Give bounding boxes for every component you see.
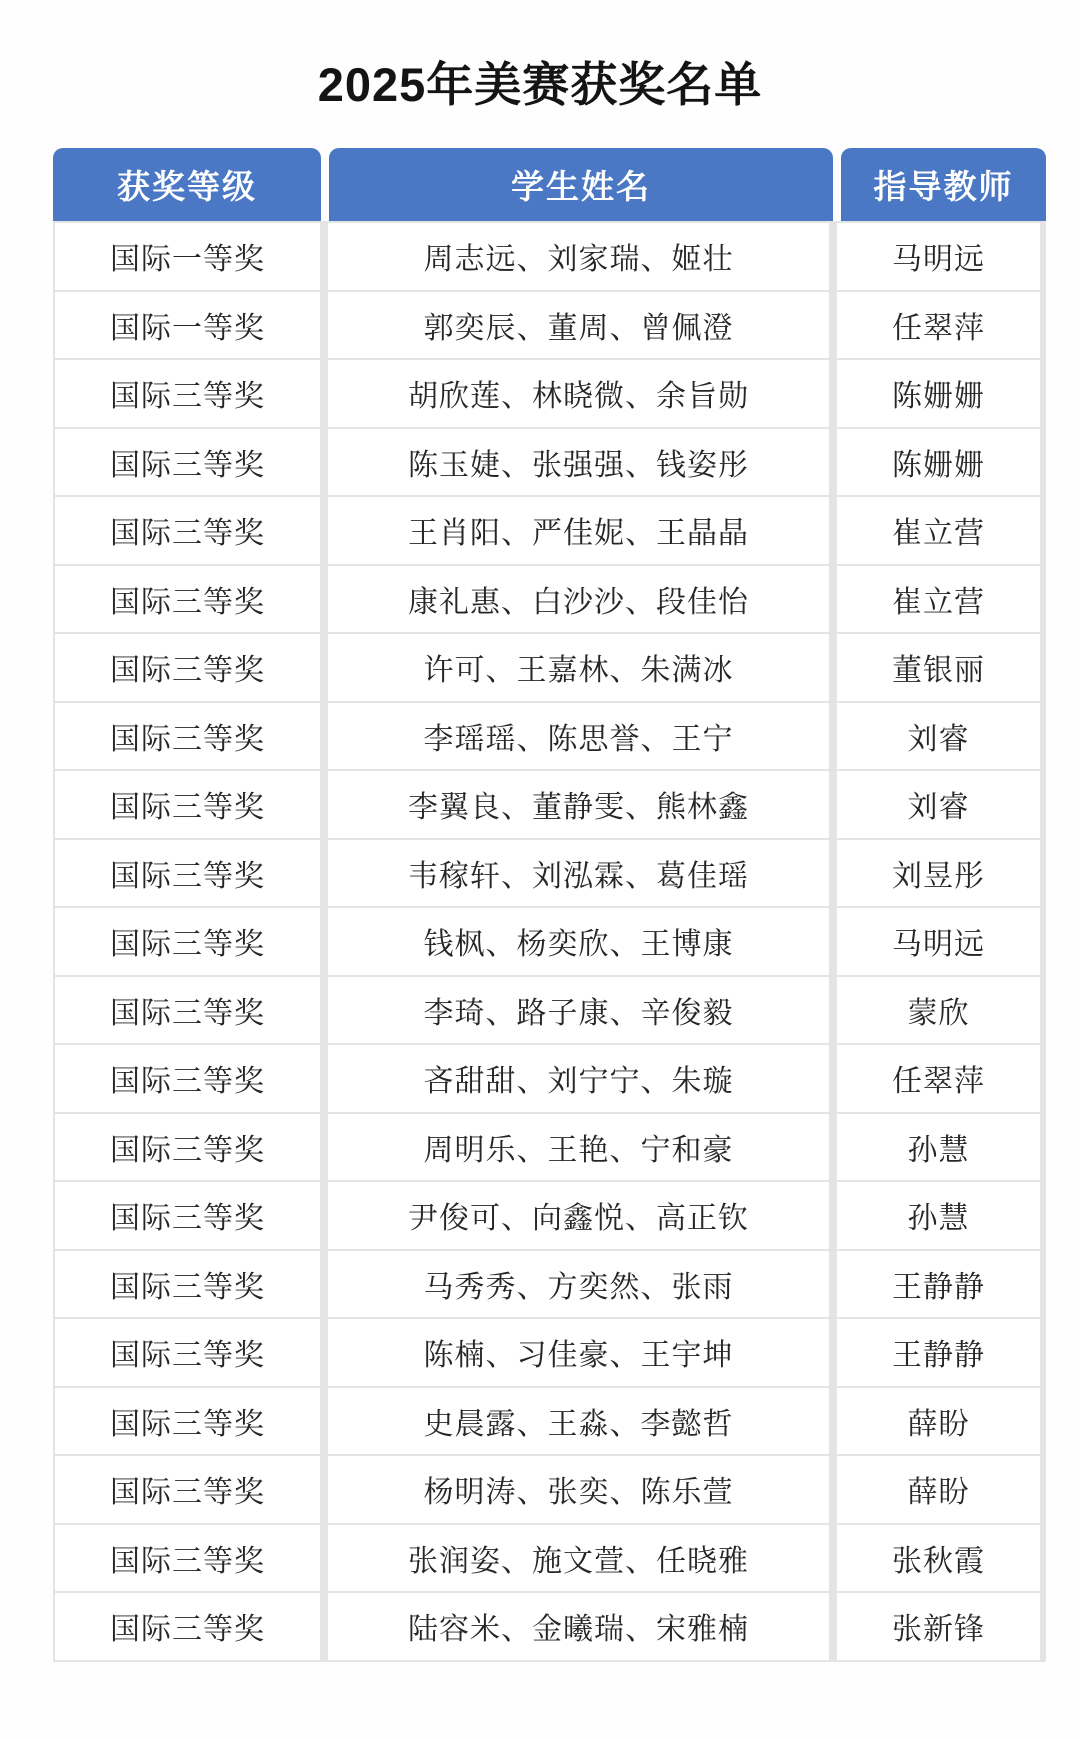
table-row: 国际三等奖史晨露、王淼、李懿哲薛盼 bbox=[55, 1388, 1044, 1455]
student-names-cell: 王肖阳、严佳妮、王晶晶 bbox=[328, 497, 829, 564]
advisor-cell: 崔立营 bbox=[837, 497, 1040, 564]
table-row: 国际三等奖陆容米、金曦瑞、宋雅楠张新锋 bbox=[55, 1593, 1044, 1660]
student-names-cell: 陈玉婕、张强强、钱姿彤 bbox=[328, 429, 829, 496]
table-row: 国际三等奖李瑶瑶、陈思誉、王宁刘睿 bbox=[55, 703, 1044, 770]
award-level-cell: 国际三等奖 bbox=[55, 497, 320, 564]
advisor-cell: 王静静 bbox=[837, 1251, 1040, 1318]
table-header-row: 获奖等级 学生姓名 指导教师 bbox=[53, 148, 1046, 221]
student-names-cell: 郭奕辰、董周、曾佩澄 bbox=[328, 292, 829, 359]
student-names-cell: 吝甜甜、刘宁宁、朱璇 bbox=[328, 1045, 829, 1112]
advisor-cell: 马明远 bbox=[837, 908, 1040, 975]
advisor-cell: 陈姗姗 bbox=[837, 360, 1040, 427]
award-level-cell: 国际三等奖 bbox=[55, 429, 320, 496]
table-body: 国际一等奖周志远、刘家瑞、姬壮马明远国际一等奖郭奕辰、董周、曾佩澄任翠萍国际三等… bbox=[53, 221, 1046, 1662]
advisor-cell: 任翠萍 bbox=[837, 1045, 1040, 1112]
student-names-cell: 李琦、路子康、辛俊毅 bbox=[328, 977, 829, 1044]
advisor-cell: 陈姗姗 bbox=[837, 429, 1040, 496]
student-names-cell: 周明乐、王艳、宁和豪 bbox=[328, 1114, 829, 1181]
table-row: 国际一等奖周志远、刘家瑞、姬壮马明远 bbox=[55, 223, 1044, 290]
advisor-cell: 张秋霞 bbox=[837, 1525, 1040, 1592]
student-names-cell: 陈楠、习佳豪、王宇坤 bbox=[328, 1319, 829, 1386]
student-names-cell: 史晨露、王淼、李懿哲 bbox=[328, 1388, 829, 1455]
table-row: 国际三等奖吝甜甜、刘宁宁、朱璇任翠萍 bbox=[55, 1045, 1044, 1112]
award-level-cell: 国际三等奖 bbox=[55, 360, 320, 427]
student-names-cell: 马秀秀、方奕然、张雨 bbox=[328, 1251, 829, 1318]
award-level-cell: 国际三等奖 bbox=[55, 1182, 320, 1249]
advisor-cell: 刘昱彤 bbox=[837, 840, 1040, 907]
table-row: 国际三等奖张润姿、施文萱、任晓雅张秋霞 bbox=[55, 1525, 1044, 1592]
award-level-cell: 国际三等奖 bbox=[55, 703, 320, 770]
student-names-cell: 陆容米、金曦瑞、宋雅楠 bbox=[328, 1593, 829, 1660]
award-level-cell: 国际三等奖 bbox=[55, 1045, 320, 1112]
student-names-cell: 胡欣莲、林晓微、余旨勋 bbox=[328, 360, 829, 427]
student-names-cell: 尹俊可、向鑫悦、高正钦 bbox=[328, 1182, 829, 1249]
student-names-cell: 许可、王嘉林、朱满冰 bbox=[328, 634, 829, 701]
column-header-advisor: 指导教师 bbox=[841, 148, 1046, 221]
award-level-cell: 国际三等奖 bbox=[55, 1319, 320, 1386]
advisor-cell: 孙慧 bbox=[837, 1114, 1040, 1181]
student-names-cell: 杨明涛、张奕、陈乐萱 bbox=[328, 1456, 829, 1523]
advisor-cell: 刘睿 bbox=[837, 703, 1040, 770]
advisor-cell: 蒙欣 bbox=[837, 977, 1040, 1044]
student-names-cell: 张润姿、施文萱、任晓雅 bbox=[328, 1525, 829, 1592]
advisor-cell: 董银丽 bbox=[837, 634, 1040, 701]
table-row: 国际三等奖陈玉婕、张强强、钱姿彤陈姗姗 bbox=[55, 429, 1044, 496]
advisor-cell: 薛盼 bbox=[837, 1456, 1040, 1523]
award-level-cell: 国际三等奖 bbox=[55, 840, 320, 907]
table-row: 国际三等奖韦稼轩、刘泓霖、葛佳瑶刘昱彤 bbox=[55, 840, 1044, 907]
page-title: 2025年美赛获奖名单 bbox=[0, 0, 1080, 112]
column-header-award-level: 获奖等级 bbox=[53, 148, 321, 221]
advisor-cell: 孙慧 bbox=[837, 1182, 1040, 1249]
student-names-cell: 钱枫、杨奕欣、王博康 bbox=[328, 908, 829, 975]
table-row: 国际三等奖李翼良、董静雯、熊林鑫刘睿 bbox=[55, 771, 1044, 838]
award-level-cell: 国际三等奖 bbox=[55, 1456, 320, 1523]
advisor-cell: 张新锋 bbox=[837, 1593, 1040, 1660]
table-row: 国际三等奖康礼惠、白沙沙、段佳怡崔立营 bbox=[55, 566, 1044, 633]
award-level-cell: 国际三等奖 bbox=[55, 908, 320, 975]
award-level-cell: 国际三等奖 bbox=[55, 566, 320, 633]
table-row: 国际三等奖周明乐、王艳、宁和豪孙慧 bbox=[55, 1114, 1044, 1181]
advisor-cell: 王静静 bbox=[837, 1319, 1040, 1386]
table-row: 国际三等奖王肖阳、严佳妮、王晶晶崔立营 bbox=[55, 497, 1044, 564]
table-row: 国际三等奖李琦、路子康、辛俊毅蒙欣 bbox=[55, 977, 1044, 1044]
table-row: 国际三等奖马秀秀、方奕然、张雨王静静 bbox=[55, 1251, 1044, 1318]
table-row: 国际三等奖陈楠、习佳豪、王宇坤王静静 bbox=[55, 1319, 1044, 1386]
table-row: 国际一等奖郭奕辰、董周、曾佩澄任翠萍 bbox=[55, 292, 1044, 359]
award-level-cell: 国际三等奖 bbox=[55, 1114, 320, 1181]
student-names-cell: 李瑶瑶、陈思誉、王宁 bbox=[328, 703, 829, 770]
award-level-cell: 国际三等奖 bbox=[55, 1388, 320, 1455]
award-level-cell: 国际一等奖 bbox=[55, 292, 320, 359]
awards-table: 获奖等级 学生姓名 指导教师 国际一等奖周志远、刘家瑞、姬壮马明远国际一等奖郭奕… bbox=[53, 148, 1046, 1662]
award-level-cell: 国际三等奖 bbox=[55, 1525, 320, 1592]
table-row: 国际三等奖许可、王嘉林、朱满冰董银丽 bbox=[55, 634, 1044, 701]
student-names-cell: 周志远、刘家瑞、姬壮 bbox=[328, 223, 829, 290]
advisor-cell: 刘睿 bbox=[837, 771, 1040, 838]
award-level-cell: 国际三等奖 bbox=[55, 1251, 320, 1318]
award-level-cell: 国际三等奖 bbox=[55, 977, 320, 1044]
table-row: 国际三等奖钱枫、杨奕欣、王博康马明远 bbox=[55, 908, 1044, 975]
award-level-cell: 国际三等奖 bbox=[55, 771, 320, 838]
award-level-cell: 国际三等奖 bbox=[55, 1593, 320, 1660]
student-names-cell: 李翼良、董静雯、熊林鑫 bbox=[328, 771, 829, 838]
table-row: 国际三等奖胡欣莲、林晓微、余旨勋陈姗姗 bbox=[55, 360, 1044, 427]
advisor-cell: 崔立营 bbox=[837, 566, 1040, 633]
advisor-cell: 马明远 bbox=[837, 223, 1040, 290]
award-level-cell: 国际三等奖 bbox=[55, 634, 320, 701]
table-row: 国际三等奖杨明涛、张奕、陈乐萱薛盼 bbox=[55, 1456, 1044, 1523]
table-row: 国际三等奖尹俊可、向鑫悦、高正钦孙慧 bbox=[55, 1182, 1044, 1249]
page: 2025年美赛获奖名单 获奖等级 学生姓名 指导教师 国际一等奖周志远、刘家瑞、… bbox=[0, 0, 1080, 1739]
advisor-cell: 任翠萍 bbox=[837, 292, 1040, 359]
award-level-cell: 国际一等奖 bbox=[55, 223, 320, 290]
column-header-student-names: 学生姓名 bbox=[329, 148, 833, 221]
advisor-cell: 薛盼 bbox=[837, 1388, 1040, 1455]
student-names-cell: 韦稼轩、刘泓霖、葛佳瑶 bbox=[328, 840, 829, 907]
student-names-cell: 康礼惠、白沙沙、段佳怡 bbox=[328, 566, 829, 633]
